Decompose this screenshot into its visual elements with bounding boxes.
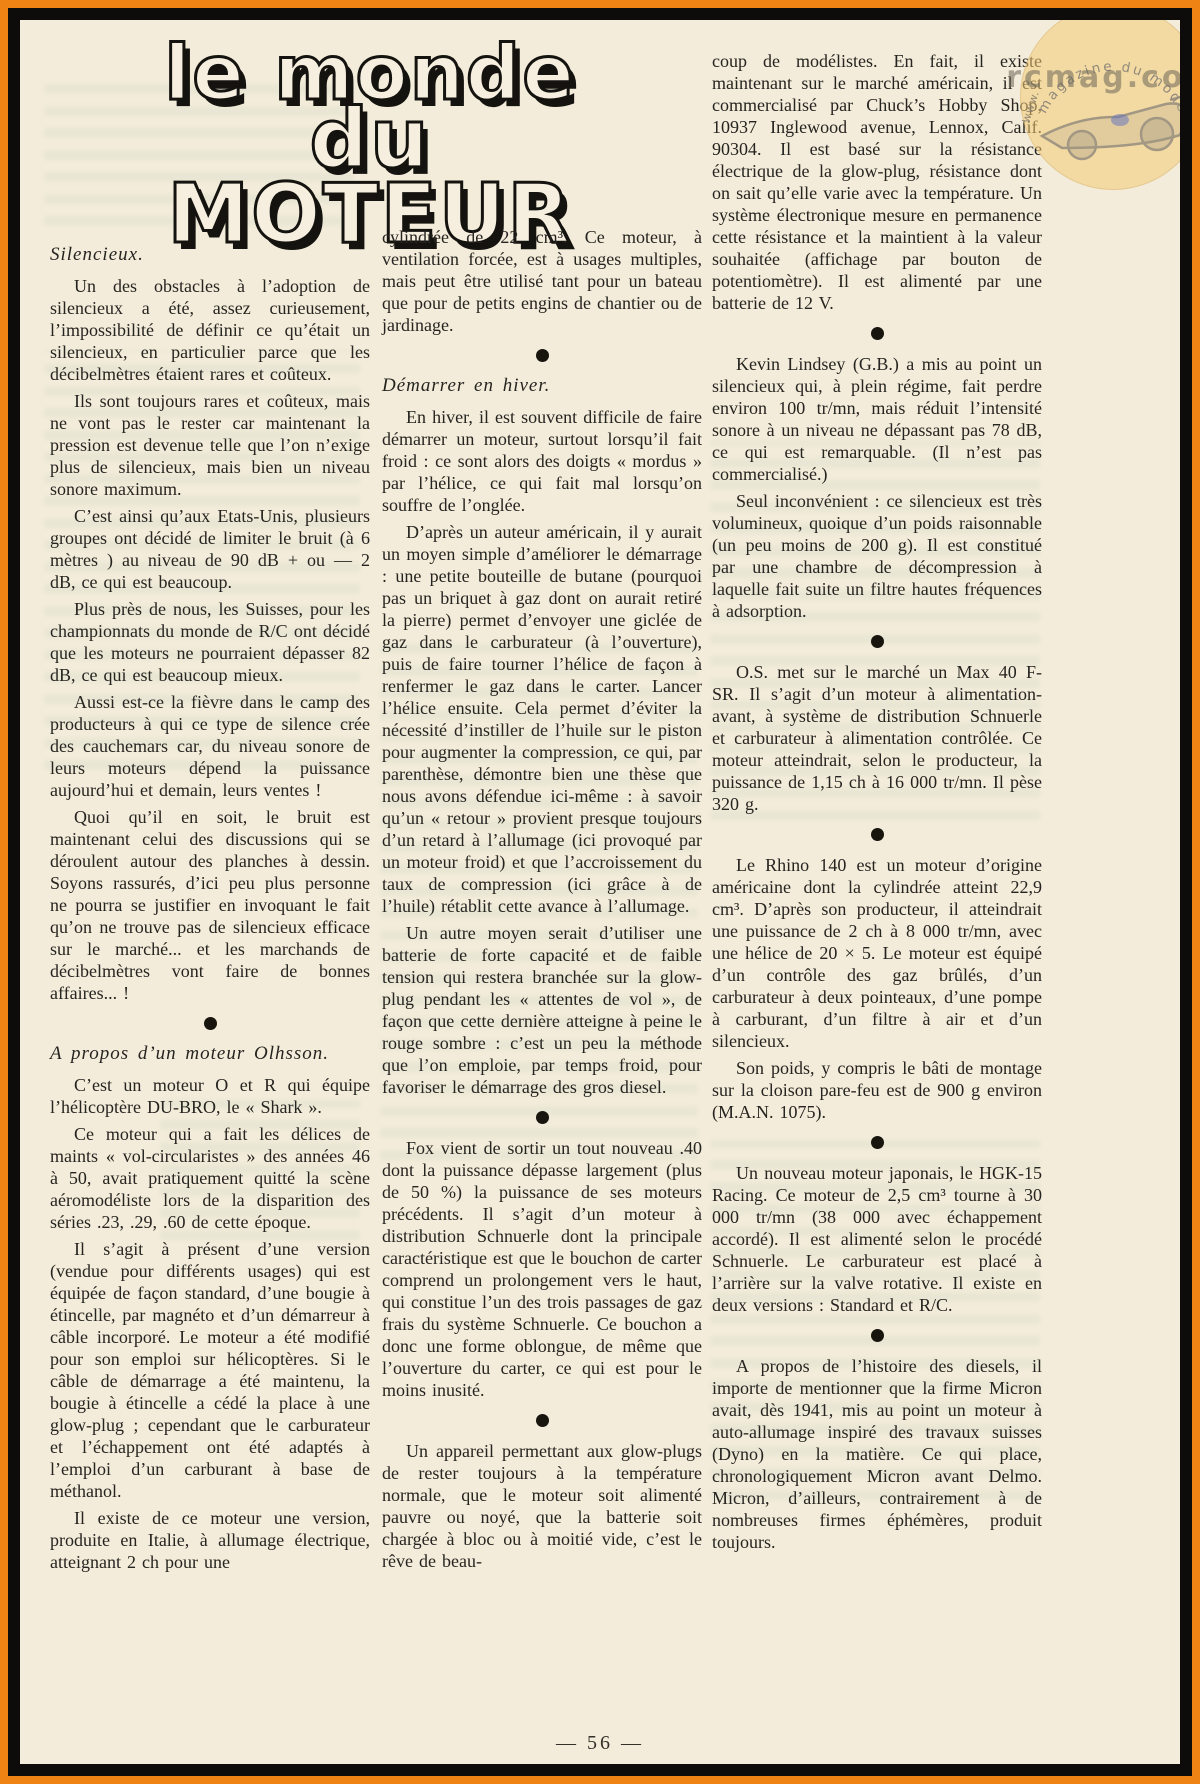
paragraph: Ils sont toujours rares et coûteux, mais… — [50, 390, 370, 500]
section-separator-dot — [871, 828, 884, 841]
paragraph: C’est un moteur O et R qui équipe l’héli… — [50, 1074, 370, 1118]
paragraph: O.S. met sur le marché un Max 40 F-SR. I… — [712, 661, 1042, 815]
rcmag-watermark-badge: magazine du modelisme rcmag.com www. — [1020, 20, 1180, 190]
paragraph: Un appareil permettant aux glow-plugs de… — [382, 1440, 702, 1572]
paragraph: cylindrée de 22 cm³. Ce moteur, à ventil… — [382, 226, 702, 336]
paragraph: Le Rhino 140 est un moteur d’origine amé… — [712, 854, 1042, 1052]
section-heading-demarrer: Démarrer en hiver. — [382, 375, 702, 397]
paragraph: En hiver, il est souvent difficile de fa… — [382, 406, 702, 516]
column-2: cylindrée de 22 cm³. Ce moteur, à ventil… — [382, 226, 702, 1577]
paragraph: Il s’agit à présent d’une version (vendu… — [50, 1238, 370, 1502]
section-separator-dot — [536, 1414, 549, 1427]
section-separator-dot — [871, 635, 884, 648]
watermark-circle — [1020, 20, 1180, 190]
paragraph: coup de modélistes. En fait, il existe m… — [712, 50, 1042, 314]
section-heading-silencieux: Silencieux. — [50, 244, 370, 266]
section-separator-dot — [871, 327, 884, 340]
section-separator-dot — [536, 349, 549, 362]
column-1: Silencieux. Un des obstacles à l’adoptio… — [50, 242, 370, 1578]
paragraph: Kevin Lindsey (G.B.) a mis au point un s… — [712, 353, 1042, 485]
paragraph: Plus près de nous, les Suisses, pour les… — [50, 598, 370, 686]
paragraph: Un nouveau moteur japonais, le HGK-15 Ra… — [712, 1162, 1042, 1316]
watermark-arc-text: magazine du modelisme — [1020, 20, 1180, 122]
magazine-scan-page: { "header": { "title_line1": "le monde",… — [0, 0, 1200, 1784]
paragraph: Ce moteur qui a fait les délices de main… — [50, 1123, 370, 1233]
paragraph: Son poids, y compris le bâti de montage … — [712, 1057, 1042, 1123]
svg-text:magazine du modelisme: magazine du modelisme — [1020, 20, 1180, 122]
paragraph: A propos de l’histoire des diesels, il i… — [712, 1355, 1042, 1553]
section-separator-dot — [536, 1111, 549, 1124]
paragraph: D’après un auteur américain, il y aurait… — [382, 521, 702, 917]
page-number: — 56 — — [20, 1732, 1180, 1755]
paragraph: C’est ainsi qu’aux Etats-Unis, plusieurs… — [50, 505, 370, 593]
paragraph: Quoi qu’il en soit, le bruit est mainten… — [50, 806, 370, 1004]
column-3: coup de modélistes. En fait, il existe m… — [712, 50, 1042, 1558]
section-heading-olhsson: A propos d’un moteur Olhsson. — [50, 1043, 370, 1065]
paragraph: Aussi est-ce la fièvre dans le camp des … — [50, 691, 370, 801]
paragraph: Fox vient de sortir un tout nouveau .40 … — [382, 1137, 702, 1401]
article-title: le monde du MOTEUR — [100, 38, 640, 253]
paragraph: Seul inconvénient : ce silencieux est tr… — [712, 490, 1042, 622]
paragraph: Un des obstacles à l’adoption de silenci… — [50, 275, 370, 385]
section-separator-dot — [871, 1329, 884, 1342]
magazine-page: le monde du MOTEUR magazine du modelisme… — [20, 20, 1180, 1764]
paragraph: Il existe de ce moteur une version, prod… — [50, 1507, 370, 1573]
paragraph: Un autre moyen serait d’utiliser une bat… — [382, 922, 702, 1098]
race-car-icon — [1042, 94, 1180, 159]
section-separator-dot — [204, 1017, 217, 1030]
watermark-art: magazine du modelisme — [1020, 20, 1180, 190]
section-separator-dot — [871, 1136, 884, 1149]
